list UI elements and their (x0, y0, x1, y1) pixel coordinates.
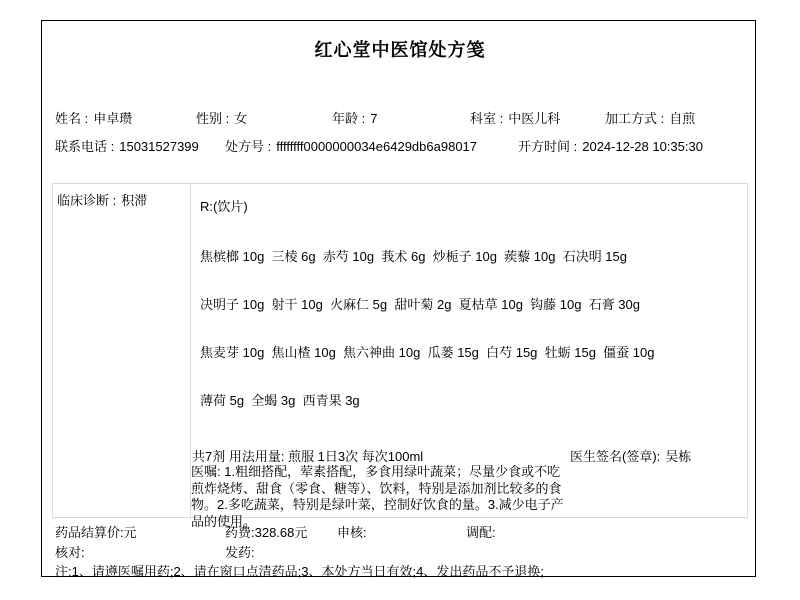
diagnosis-value: 积滞 (121, 193, 147, 208)
age-label: 年龄 : (332, 111, 365, 126)
rx-number-label: 处方号 : (225, 139, 271, 154)
name-label: 姓名 : (55, 111, 88, 126)
phone-value: 15031527399 (119, 139, 199, 154)
field-phone: 联系电话 :15031527399 (55, 136, 199, 155)
doctor-signature-label: 医生签名(签章): (570, 449, 660, 464)
processing-label: 加工方式 : (605, 111, 664, 126)
issue-field: 发药: (225, 542, 255, 561)
drug-fee-field: 药费:328.68元 (225, 522, 307, 541)
department-label: 科室 : (470, 111, 503, 126)
herb-line: 决明子 10g 射干 10g 火麻仁 5g 甜叶菊 2g 夏枯草 10g 钩藤 … (200, 294, 640, 313)
field-gender: 性别 :女 (196, 108, 247, 127)
check-field: 核对: (55, 542, 85, 561)
rx-header: R:(饮片) (200, 196, 248, 215)
doctor-signature-value: 吴栋 (665, 449, 691, 464)
diagnosis-field: 临床诊断 :积滞 (57, 190, 147, 209)
field-rx-number: 处方号 :ffffffff0000000034e6429db6a98017 (225, 136, 477, 155)
diagnosis-cell (53, 184, 191, 517)
gender-label: 性别 : (196, 111, 229, 126)
dispense-field: 调配: (466, 522, 496, 541)
herb-line: 薄荷 5g 全蝎 3g 西青果 3g (200, 390, 360, 409)
herb-line: 焦麦芽 10g 焦山楂 10g 焦六神曲 10g 瓜蒌 15g 白芍 15g 牡… (200, 342, 654, 361)
field-department: 科室 :中医儿科 (470, 108, 560, 127)
field-name: 姓名 :申卓瓒 (55, 108, 132, 127)
processing-value: 自煎 (669, 111, 695, 126)
herb-line: 焦槟榔 10g 三棱 6g 赤芍 10g 莪术 6g 炒栀子 10g 蒺藜 10… (200, 246, 627, 265)
name-value: 申卓瓒 (93, 111, 132, 126)
field-open-time: 开方时间 :2024-12-28 10:35:30 (518, 136, 703, 155)
phone-label: 联系电话 : (55, 139, 114, 154)
gender-value: 女 (234, 111, 247, 126)
prescription-page: 红心堂中医馆处方笺 姓名 :申卓瓒 性别 :女 年龄 :7 科室 :中医儿科 加… (0, 0, 800, 600)
open-time-label: 开方时间 : (518, 139, 577, 154)
field-processing: 加工方式 :自煎 (605, 108, 695, 127)
field-age: 年龄 :7 (332, 108, 377, 127)
page-title: 红心堂中医馆处方笺 (0, 36, 800, 62)
review-field: 申核: (337, 522, 367, 541)
diagnosis-label: 临床诊断 : (57, 193, 116, 208)
settle-price-field: 药品结算价:元 (55, 522, 137, 541)
age-value: 7 (370, 111, 377, 126)
doctor-signature-field: 医生签名(签章):吴栋 (570, 446, 691, 465)
note-line: 注:1、请遵医嘱用药;2、请在窗口点清药品;3、本处方当日有效;4、发出药品不予… (55, 561, 544, 580)
department-value: 中医儿科 (508, 111, 560, 126)
rx-number-value: ffffffff0000000034e6429db6a98017 (276, 139, 477, 154)
open-time-value: 2024-12-28 10:35:30 (582, 139, 703, 154)
